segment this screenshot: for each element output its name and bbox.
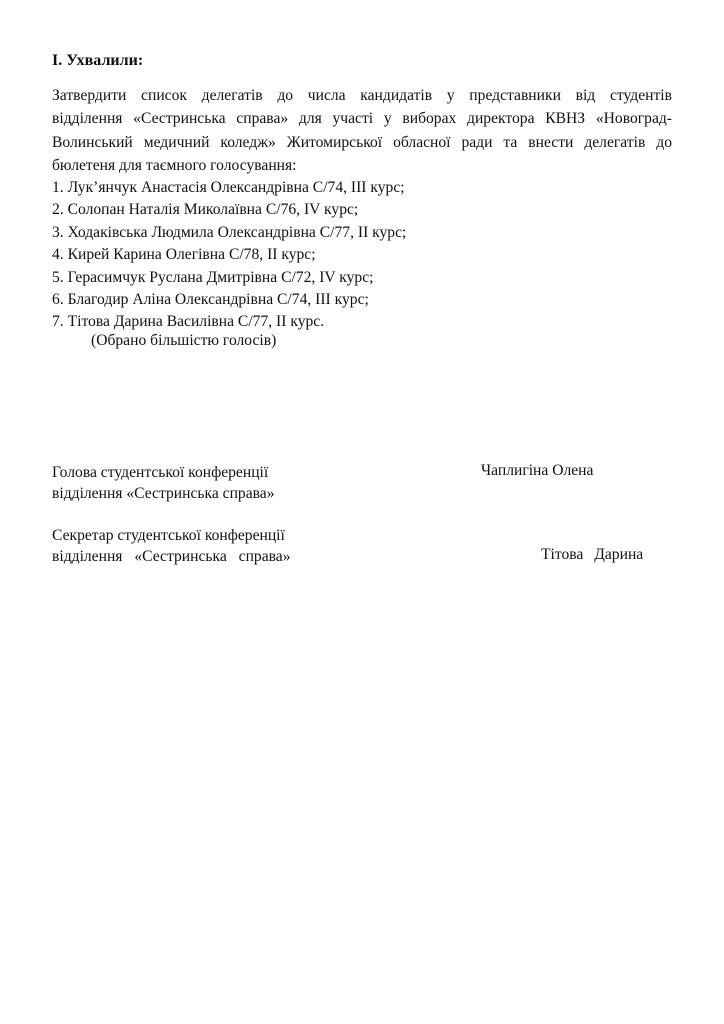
list-item: 6. Благодир Аліна Олександрівна С/74, ІІ… (52, 289, 406, 311)
list-item: 3. Ходаківська Людмила Олександрівна С/7… (52, 222, 406, 244)
chair-signature-block: Голова студентської конференції відділен… (52, 462, 275, 504)
resolution-paragraph: Затвердити список делегатів до числа кан… (52, 84, 672, 178)
list-item: 5. Герасимчук Руслана Дмитрівна С/72, ІV… (52, 267, 406, 289)
secretary-role-line2: відділення «Сестринська справа» (52, 546, 291, 567)
secretary-name: Тітова Дарина (541, 546, 643, 564)
vote-result-note: (Обрано більшістю голосів) (91, 332, 276, 350)
list-item: 4. Кирей Карина Олегівна С/78, ІІ курс; (52, 244, 406, 266)
list-item: 7. Тітова Дарина Василівна С/77, ІІ курс… (52, 311, 406, 333)
chair-role-line2: відділення «Сестринська справа» (52, 483, 275, 504)
section-heading: І. Ухвалили: (52, 52, 143, 70)
list-item: 2. Солопан Наталія Миколаївна С/76, ІV к… (52, 199, 406, 221)
paragraph-line: Волинський медичний коледж» Житомирської… (52, 131, 672, 154)
secretary-role-line1: Секретар студентської конференції (52, 525, 291, 546)
chair-name: Чаплигіна Олена (481, 462, 593, 480)
list-item: 1. Лук’янчук Анастасія Олександрівна С/7… (52, 177, 406, 199)
chair-role-line1: Голова студентської конференції (52, 462, 275, 483)
paragraph-line: бюлетеня для таємного голосування: (52, 154, 672, 177)
paragraph-line: Затвердити список делегатів до числа кан… (52, 84, 672, 107)
document-page: І. Ухвалили: Затвердити список делегатів… (0, 0, 724, 1024)
paragraph-line: відділення «Сестринська справа» для учас… (52, 107, 672, 130)
delegate-list: 1. Лук’янчук Анастасія Олександрівна С/7… (52, 177, 406, 334)
secretary-signature-block: Секретар студентської конференції відділ… (52, 525, 291, 567)
